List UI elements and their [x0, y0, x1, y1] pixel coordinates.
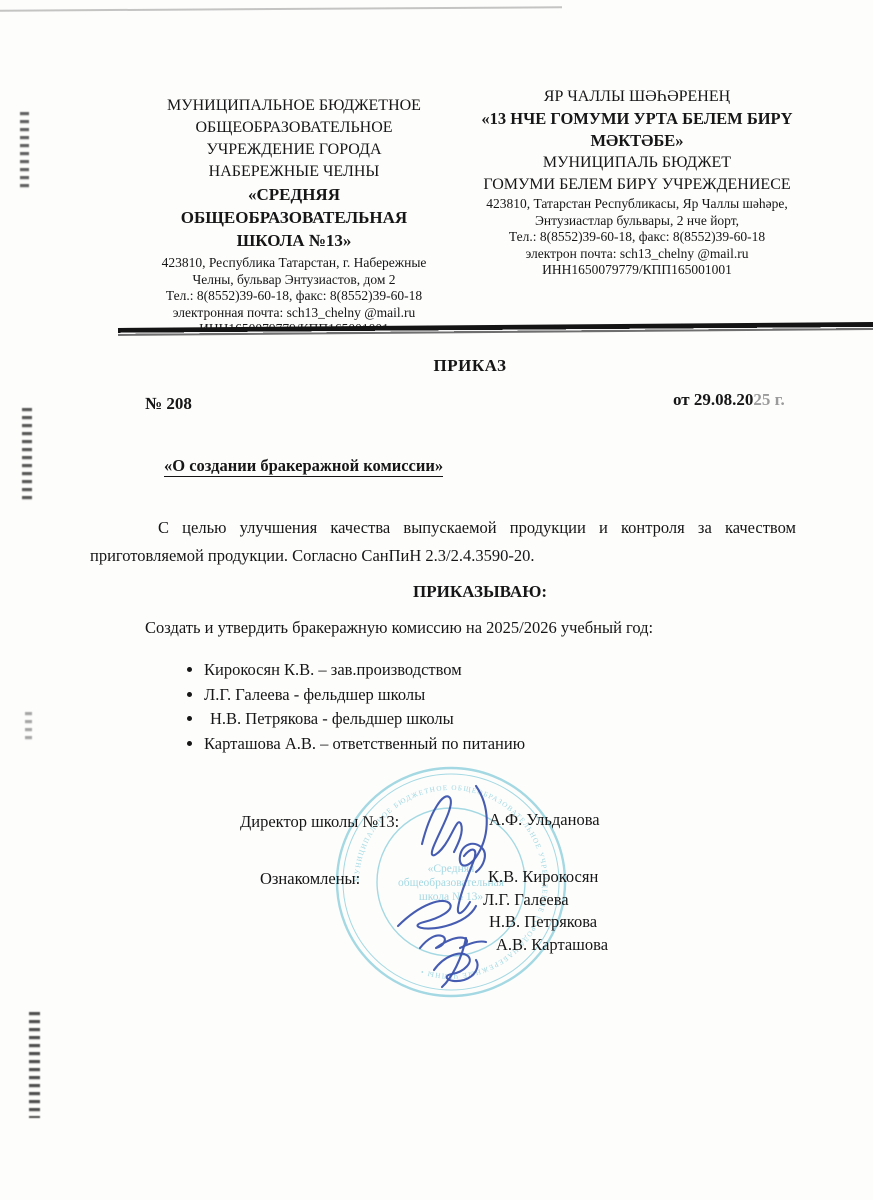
address-line: Энтузиастлар бульвары, 2 нче йорт, — [448, 213, 826, 230]
address-line: 423810, Республика Татарстан, г. Набереж… — [116, 255, 472, 272]
address-line: 423810, Татарстан Республикасы, Яр Чаллы… — [448, 196, 826, 213]
email-line: электронная почта: sch13_chelny @mail.ru — [116, 305, 472, 322]
order-date-main: от 29.08.20 — [673, 390, 753, 409]
address-block: 423810, Татарстан Республикасы, Яр Чаллы… — [448, 196, 826, 279]
school-name-line: МӘКТӘБЕ» — [448, 130, 826, 152]
scan-artifact-smudge — [25, 712, 32, 740]
commission-member-list: Кирокосян К.В. – зав.производством Л.Г. … — [167, 658, 747, 756]
phone-fax-line: Тел.: 8(8552)39-60-18, факс: 8(8552)39-6… — [448, 229, 826, 246]
commission-member: Карташова А.В. – ответственный по питани… — [204, 732, 747, 757]
org-name-line: ЯР ЧАЛЛЫ ШӘҺӘРЕНЕҢ — [448, 86, 826, 108]
scan-artifact-smudge — [20, 112, 29, 188]
acknowledged-signature-stroke — [398, 901, 476, 929]
handwritten-signatures — [378, 778, 608, 993]
acknowledged-signature-stroke — [420, 936, 486, 949]
scanned-document-page: МУНИЦИПАЛЬНОЕ БЮДЖЕТНОЕ ОБЩЕОБРАЗОВАТЕЛЬ… — [0, 0, 873, 1200]
school-name-line: ШКОЛА №13» — [116, 229, 472, 252]
order-date-faded: 25 г. — [753, 390, 784, 409]
order-directive: ПРИКАЗЫВАЮ: — [70, 582, 873, 602]
scan-artifact-smudge — [29, 1012, 40, 1118]
org-name-line: НАБЕРЕЖНЫЕ ЧЕЛНЫ — [116, 161, 472, 183]
order-title: ПРИКАЗ — [70, 356, 870, 376]
school-name-line: ОБЩЕОБРАЗОВАТЕЛЬНАЯ — [116, 206, 472, 229]
phone-fax-line: Тел.: 8(8552)39-60-18, факс: 8(8552)39-6… — [116, 288, 472, 305]
order-date: от 29.08.2025 г. — [673, 390, 785, 410]
order-body-paragraph: С целью улучшения качества выпускаемой п… — [90, 514, 796, 570]
order-number: № 208 — [145, 394, 192, 414]
director-signature-stroke — [422, 796, 462, 855]
org-name-line: МУНИЦИПАЛЬНОЕ БЮДЖЕТНОЕ — [116, 95, 472, 117]
letterhead-russian: МУНИЦИПАЛЬНОЕ БЮДЖЕТНОЕ ОБЩЕОБРАЗОВАТЕЛЬ… — [116, 95, 472, 338]
acknowledged-label: Ознакомлены: — [260, 869, 360, 889]
org-name-line: УЧРЕЖДЕНИЕ ГОРОДА — [116, 139, 472, 161]
email-line: электрон почта: sch13_chelny @mail.ru — [448, 246, 826, 263]
org-name-line: МУНИЦИПАЛЬ БЮДЖЕТ — [448, 152, 826, 174]
commission-member: Кирокосян К.В. – зав.производством — [204, 658, 747, 683]
scan-artifact-top-line — [0, 6, 562, 11]
org-name-line: ГОМУМИ БЕЛЕМ БИРҮ УЧРЕЖДЕНИЕСЕ — [448, 174, 826, 196]
signature-ink-graphic — [378, 778, 608, 993]
order-instruction: Создать и утвердить бракеражную комиссию… — [145, 618, 653, 638]
director-signature-label: Директор школы №13: — [240, 812, 399, 832]
address-line: Челны, бульвар Энтузиастов, дом 2 — [116, 272, 472, 289]
order-subject: «О создании бракеражной комиссии» — [164, 456, 443, 476]
letterhead-tatar: ЯР ЧАЛЛЫ ШӘҺӘРЕНЕҢ «13 НЧЕ ГОМУМИ УРТА Б… — [448, 86, 826, 279]
commission-member: Л.Г. Галеева - фельдшер школы — [204, 683, 747, 708]
school-name-line: «СРЕДНЯЯ — [116, 183, 472, 206]
scan-artifact-smudge — [22, 408, 32, 504]
school-name-line: «13 НЧЕ ГОМУМИ УРТА БЕЛЕМ БИРҮ — [448, 108, 826, 130]
org-name-line: ОБЩЕОБРАЗОВАТЕЛЬНОЕ — [116, 117, 472, 139]
inn-kpp-line: ИНН1650079779/КПП165001001 — [448, 262, 826, 279]
commission-member: Н.В. Петрякова - фельдшер школы — [204, 707, 747, 732]
